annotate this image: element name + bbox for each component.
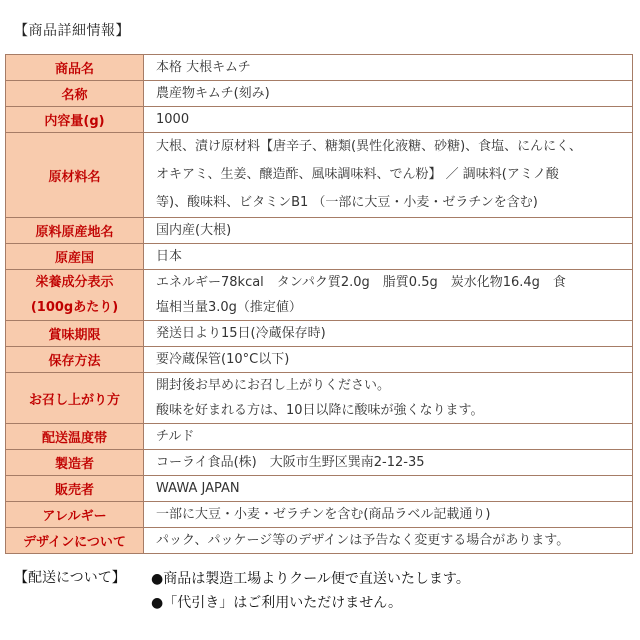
- value-line: 大根、漬け原材料【唐辛子、糖類(異性化液糖、砂糖)、食塩、にんにく、: [156, 133, 632, 161]
- row-label: デザインについて: [6, 528, 144, 554]
- row-label: 賞味期限: [6, 321, 144, 347]
- row-label: 栄養成分表示 (100gあたり): [6, 270, 144, 321]
- row-value: 本格 大根キムチ: [144, 55, 633, 81]
- row-origin-of-ingredients: 原料原産地名 国内産(大根): [6, 218, 633, 244]
- row-value: 一部に大豆・小麦・ゼラチンを含む(商品ラベル記載通り): [144, 502, 633, 528]
- row-value: コーライ食品(株) 大阪市生野区巽南2-12-35: [144, 450, 633, 476]
- row-how-to-eat: お召し上がり方 開封後お早めにお召し上がりください。 酸味を好まれる方は、10日…: [6, 373, 633, 424]
- row-label: アレルギー: [6, 502, 144, 528]
- row-value: エネルギー78kcal タンパク質2.0g 脂質0.5g 炭水化物16.4g 食…: [144, 270, 633, 321]
- section-title: 【商品詳細情報】: [14, 20, 130, 40]
- row-value: 開封後お早めにお召し上がりください。 酸味を好まれる方は、10日以降に酸味が強く…: [144, 373, 633, 424]
- value-line: オキアミ、生姜、醸造酢、風味調味料、でん粉】 ／ 調味料(アミノ酸: [156, 161, 632, 189]
- row-delivery-temperature: 配送温度帯 チルド: [6, 424, 633, 450]
- row-best-before: 賞味期限 発送日より15日(冷蔵保存時): [6, 321, 633, 347]
- row-label: 原料原産地名: [6, 218, 144, 244]
- row-label: 原産国: [6, 244, 144, 270]
- shipping-line: ●商品は製造工場よりクール便で直送いたします。: [151, 567, 470, 591]
- row-label: 保存方法: [6, 347, 144, 373]
- row-label: 商品名: [6, 55, 144, 81]
- value-line: 等)、酸味料、ビタミンB1 （一部に大豆・小麦・ゼラチンを含む): [156, 189, 632, 217]
- value-line: 開封後お早めにお召し上がりください。: [156, 373, 632, 398]
- row-manufacturer: 製造者 コーライ食品(株) 大阪市生野区巽南2-12-35: [6, 450, 633, 476]
- row-content-amount: 内容量(g) 1000: [6, 107, 633, 133]
- row-value: パック、パッケージ等のデザインは予告なく変更する場合があります。: [144, 528, 633, 554]
- row-value: 農産物キムチ(刻み): [144, 81, 633, 107]
- row-country-of-origin: 原産国 日本: [6, 244, 633, 270]
- row-label: お召し上がり方: [6, 373, 144, 424]
- product-spec-table: 商品名 本格 大根キムチ 名称 農産物キムチ(刻み) 内容量(g) 1000 原…: [5, 54, 633, 554]
- row-value: チルド: [144, 424, 633, 450]
- row-label: 販売者: [6, 476, 144, 502]
- row-ingredients: 原材料名 大根、漬け原材料【唐辛子、糖類(異性化液糖、砂糖)、食塩、にんにく、 …: [6, 133, 633, 218]
- row-label: 配送温度帯: [6, 424, 144, 450]
- shipping-heading: 【配送について】: [14, 567, 126, 587]
- row-label: 製造者: [6, 450, 144, 476]
- row-value: 要冷蔵保管(10°C以下): [144, 347, 633, 373]
- row-value: WAWA JAPAN: [144, 476, 633, 502]
- row-value: 日本: [144, 244, 633, 270]
- shipping-line: ●「代引き」はご利用いただけません。: [151, 591, 470, 615]
- label-line: 栄養成分表示: [6, 270, 143, 295]
- row-value: 1000: [144, 107, 633, 133]
- row-label: 原材料名: [6, 133, 144, 218]
- row-nutrition: 栄養成分表示 (100gあたり) エネルギー78kcal タンパク質2.0g 脂…: [6, 270, 633, 321]
- row-label: 内容量(g): [6, 107, 144, 133]
- value-line: 酸味を好まれる方は、10日以降に酸味が強くなります。: [156, 398, 632, 423]
- row-name: 名称 農産物キムチ(刻み): [6, 81, 633, 107]
- row-allergy: アレルギー 一部に大豆・小麦・ゼラチンを含む(商品ラベル記載通り): [6, 502, 633, 528]
- row-label: 名称: [6, 81, 144, 107]
- row-value: 発送日より15日(冷蔵保存時): [144, 321, 633, 347]
- value-line: 塩相当量3.0g（推定値）: [156, 295, 632, 320]
- row-product-name: 商品名 本格 大根キムチ: [6, 55, 633, 81]
- row-seller: 販売者 WAWA JAPAN: [6, 476, 633, 502]
- label-line: (100gあたり): [6, 295, 143, 320]
- shipping-lines: ●商品は製造工場よりクール便で直送いたします。 ●「代引き」はご利用いただけませ…: [151, 567, 470, 615]
- row-value: 国内産(大根): [144, 218, 633, 244]
- row-storage: 保存方法 要冷蔵保管(10°C以下): [6, 347, 633, 373]
- value-line: エネルギー78kcal タンパク質2.0g 脂質0.5g 炭水化物16.4g 食: [156, 270, 632, 295]
- row-design: デザインについて パック、パッケージ等のデザインは予告なく変更する場合があります…: [6, 528, 633, 554]
- row-value: 大根、漬け原材料【唐辛子、糖類(異性化液糖、砂糖)、食塩、にんにく、 オキアミ、…: [144, 133, 633, 218]
